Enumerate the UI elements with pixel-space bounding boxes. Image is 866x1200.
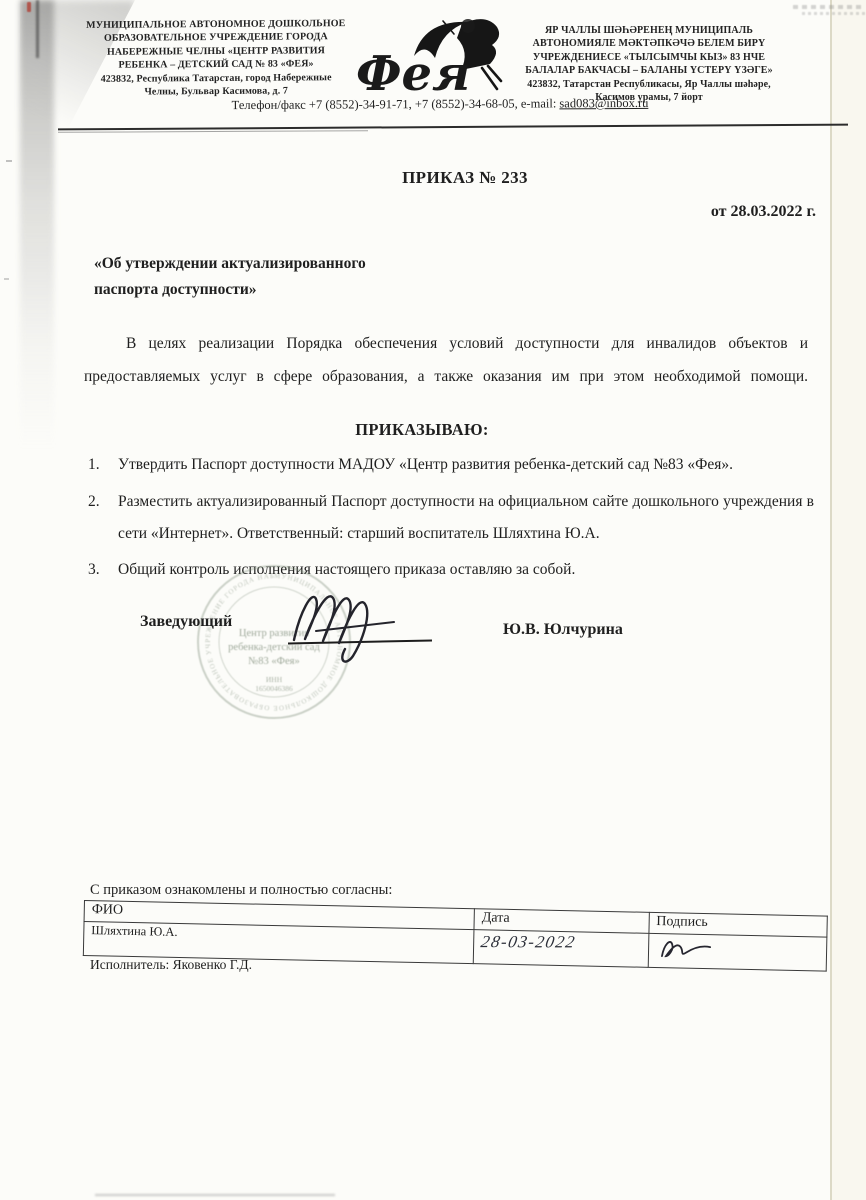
org-line: АВТОНОМИЯЛЕ МӘКТӘПКӘЧӘ БЕЛЕМ БИРҮ — [498, 37, 800, 50]
handwritten-signature — [656, 935, 719, 962]
red-ink-speck — [27, 2, 31, 12]
subject-line: «Об утверждении актуализированного — [94, 251, 534, 277]
letterhead-divider-shadow — [58, 130, 368, 133]
decree-heading: ПРИКАЗЫВАЮ: — [60, 420, 784, 440]
letterhead-divider — [58, 124, 848, 131]
email-address: sad083@inbox.ru — [559, 96, 648, 110]
org-line: ЯР ЧАЛЛЫ ШӘҺӘРЕНЕҢ МУНИЦИПАЛЬ — [498, 24, 800, 37]
contact-line: Телефон/факс +7 (8552)-34-91-71, +7 (855… — [120, 95, 760, 113]
item-number: 2. — [88, 486, 118, 550]
order-date: от 28.03.2022 г. — [516, 203, 816, 221]
item-number: 1. — [88, 449, 118, 481]
order-item-1: 1. Утвердить Паспорт доступности МАДОУ «… — [88, 449, 814, 481]
executor-line: Исполнитель: Яковенко Г.Д. — [90, 957, 252, 973]
signature-cell — [648, 933, 827, 971]
org-line: БАЛАЛАР БАКЧАСЫ – БАЛАНЫ ҮСТЕРҮ ҮЗӘГЕ» — [498, 64, 800, 77]
logo-text: Фея — [356, 46, 470, 102]
director-signature — [278, 574, 438, 674]
item-text: Утвердить Паспорт доступности МАДОУ «Цен… — [118, 449, 814, 481]
order-title: ПРИКАЗ № 233 — [85, 168, 845, 188]
date-value: 28-03-2022 — [473, 930, 648, 968]
order-item-2: 2. Разместить актуализированный Паспорт … — [88, 486, 814, 550]
org-line: УЧРЕЖДЕНИЕСЕ «ТЫЛСЫМЧЫ КЫЗ» 83 НЧЕ — [498, 51, 800, 64]
subject-line: паспорта доступности» — [94, 277, 534, 303]
scan-speck — [6, 160, 12, 162]
scan-edge-line — [36, 0, 39, 58]
item-number: 3. — [88, 554, 118, 586]
signer-name: Ю.В. Юлчурина — [503, 621, 623, 639]
scan-noise-top-right — [793, 3, 865, 19]
item-text: Разместить актуализированный Паспорт дос… — [118, 486, 814, 550]
letterhead-russian: МУНИЦИПАЛЬНОЕ АВТОНОМНОЕ ДОШКОЛЬНОЕ ОБРА… — [84, 17, 349, 99]
org-address-line: 423832, Татарстан Республикасы, Яр Чаллы… — [498, 78, 800, 91]
stamp-inn-label: ИНН — [266, 675, 283, 684]
org-address-line: 423832, Республика Татарстан, город Набе… — [84, 71, 348, 86]
contact-phones: Телефон/факс +7 (8552)-34-91-71, +7 (855… — [232, 96, 560, 112]
feya-fairy-logo-icon: Фея — [350, 12, 516, 104]
letterhead-tatar: ЯР ЧАЛЛЫ ШӘҺӘРЕНЕҢ МУНИЦИПАЛЬ АВТОНОМИЯЛ… — [498, 24, 800, 104]
signer-position: Заведующий — [140, 613, 232, 631]
order-preamble: В целях реализации Порядка обеспечения у… — [84, 328, 808, 393]
org-line: РЕБЕНКА – ДЕТСКИЙ САД № 83 «ФЕЯ» — [84, 57, 348, 72]
stamp-inn-value: 1650046386 — [255, 684, 293, 693]
scan-speck — [4, 278, 9, 280]
order-subject: «Об утверждении актуализированного паспо… — [94, 251, 534, 304]
acknowledgement-intro: С приказом ознакомлены и полностью согла… — [90, 882, 392, 899]
handwritten-date: 28-03-2022 — [479, 932, 577, 952]
scan-smudge-bottom — [95, 1194, 335, 1196]
